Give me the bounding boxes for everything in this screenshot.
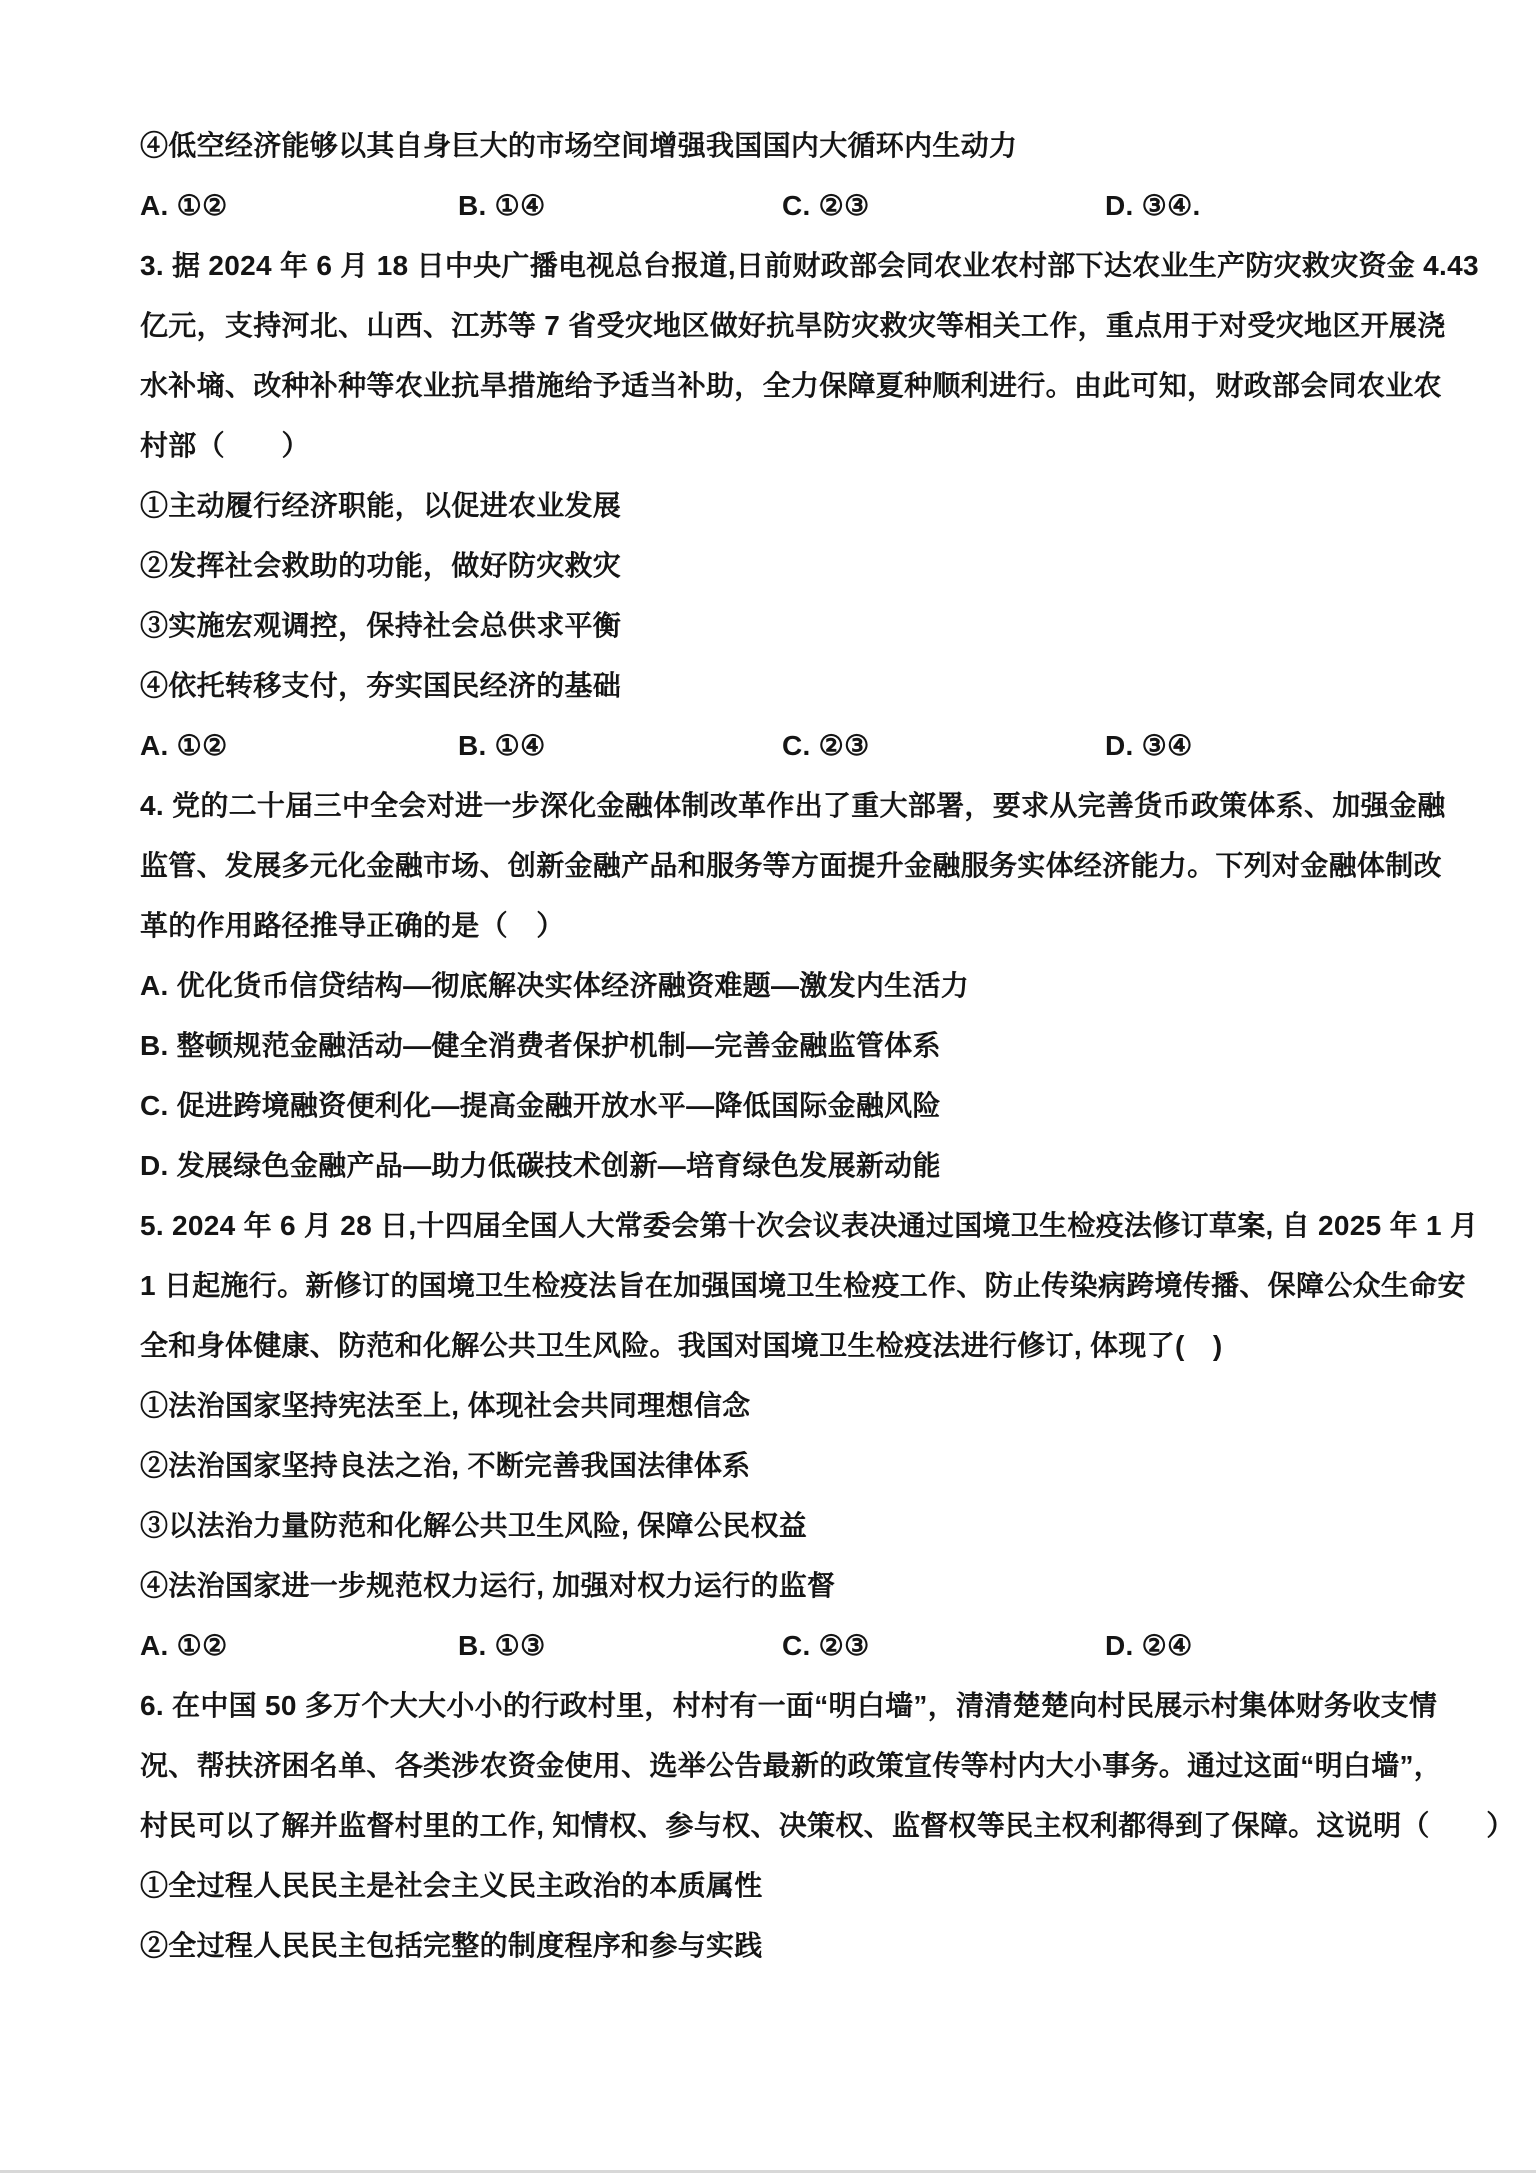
question-6-stem-line-3: 村民可以了解并监督村里的工作, 知情权、参与权、决策权、监督权等民主权利都得到了…: [140, 1796, 1480, 1856]
question-2-item-4: ④低空经济能够以其自身巨大的市场空间增强我国国内大循环内生动力: [140, 116, 1480, 176]
question-5-stem-line-1: 5. 2024 年 6 月 28 日,十四届全国人大常委会第十次会议表决通过国境…: [140, 1196, 1480, 1256]
question-4-stem-line-1: 4. 党的二十届三中全会对进一步深化金融体制改革作出了重大部署，要求从完善货币政…: [140, 776, 1480, 836]
question-2-choice-b: B. ①④: [458, 176, 545, 236]
question-6-stem-line-2: 况、帮扶济困名单、各类涉农资金使用、选举公告最新的政策宣传等村内大小事务。通过这…: [140, 1736, 1480, 1796]
question-3-item-4: ④依托转移支付，夯实国民经济的基础: [140, 656, 1480, 716]
question-3-choice-c: C. ②③: [782, 716, 869, 776]
question-3-choice-a: A. ①②: [140, 716, 227, 776]
question-2-choice-d: D. ③④.: [1105, 176, 1201, 236]
question-5-item-4: ④法治国家进一步规范权力运行, 加强对权力运行的监督: [140, 1556, 1480, 1616]
question-6-item-1: ①全过程人民民主是社会主义民主政治的本质属性: [140, 1856, 1480, 1916]
question-3-item-2: ②发挥社会救助的功能，做好防灾救灾: [140, 536, 1480, 596]
question-5-stem-line-2: 1 日起施行。新修订的国境卫生检疫法旨在加强国境卫生检疫工作、防止传染病跨境传播…: [140, 1256, 1480, 1316]
question-4-option-c: C. 促进跨境融资便利化—提高金融开放水平—降低国际金融风险: [140, 1076, 1480, 1136]
question-2-choice-c: C. ②③: [782, 176, 869, 236]
question-5-choice-a: A. ①②: [140, 1616, 227, 1676]
question-3-stem-line-3: 水补墒、改种补种等农业抗旱措施给予适当补助，全力保障夏种顺利进行。由此可知，财政…: [140, 356, 1480, 416]
question-5-choice-c: C. ②③: [782, 1616, 869, 1676]
question-2-choices-row: A. ①② B. ①④ C. ②③ D. ③④.: [140, 176, 1480, 236]
question-5-item-2: ②法治国家坚持良法之治, 不断完善我国法律体系: [140, 1436, 1480, 1496]
question-4-stem-line-3: 革的作用路径推导正确的是（ ）: [140, 896, 1480, 956]
question-3-item-1: ①主动履行经济职能，以促进农业发展: [140, 476, 1480, 536]
question-2-choice-a: A. ①②: [140, 176, 227, 236]
question-3-item-3: ③实施宏观调控，保持社会总供求平衡: [140, 596, 1480, 656]
question-3-choices-row: A. ①② B. ①④ C. ②③ D. ③④: [140, 716, 1480, 776]
question-5-stem-line-3: 全和身体健康、防范和化解公共卫生风险。我国对国境卫生检疫法进行修订, 体现了( …: [140, 1316, 1480, 1376]
question-5-choice-d: D. ②④: [1105, 1616, 1192, 1676]
question-3-stem-line-2: 亿元，支持河北、山西、江苏等 7 省受灾地区做好抗旱防灾救灾等相关工作，重点用于…: [140, 296, 1480, 356]
question-6-stem-line-1: 6. 在中国 50 多万个大大小小的行政村里，村村有一面“明白墙”，清清楚楚向村…: [140, 1676, 1480, 1736]
question-4-option-d: D. 发展绿色金融产品—助力低碳技术创新—培育绿色发展新动能: [140, 1136, 1480, 1196]
question-5-item-1: ①法治国家坚持宪法至上, 体现社会共同理想信念: [140, 1376, 1480, 1436]
question-3-choice-d: D. ③④: [1105, 716, 1192, 776]
question-5-item-3: ③以法治力量防范和化解公共卫生风险, 保障公民权益: [140, 1496, 1480, 1556]
question-3-stem-line-1: 3. 据 2024 年 6 月 18 日中央广播电视总台报道,日前财政部会同农业…: [140, 236, 1480, 296]
question-4-option-a: A. 优化货币信贷结构—彻底解决实体经济融资难题—激发内生活力: [140, 956, 1480, 1016]
question-3-choice-b: B. ①④: [458, 716, 545, 776]
question-5-choice-b: B. ①③: [458, 1616, 545, 1676]
exam-page-content: ④低空经济能够以其自身巨大的市场空间增强我国国内大循环内生动力 A. ①② B.…: [140, 116, 1480, 1976]
question-6-item-2: ②全过程人民民主包括完整的制度程序和参与实践: [140, 1916, 1480, 1976]
question-3-stem-line-4: 村部（ ）: [140, 416, 1480, 476]
question-5-choices-row: A. ①② B. ①③ C. ②③ D. ②④: [140, 1616, 1480, 1676]
question-4-stem-line-2: 监管、发展多元化金融市场、创新金融产品和服务等方面提升金融服务实体经济能力。下列…: [140, 836, 1480, 896]
question-4-option-b: B. 整顿规范金融活动—健全消费者保护机制—完善金融监管体系: [140, 1016, 1480, 1076]
